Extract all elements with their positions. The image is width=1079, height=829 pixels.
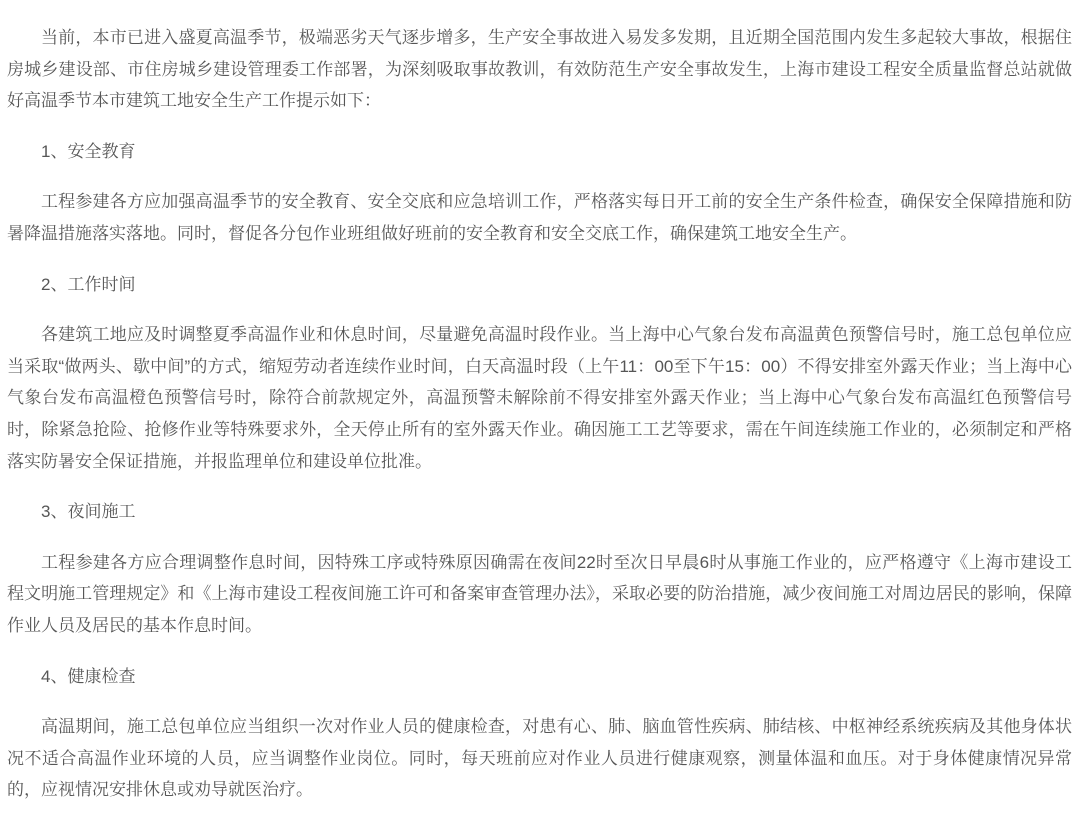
section-heading-health-check: 4、健康检查 <box>7 661 1072 693</box>
section-heading-safety-education: 1、安全教育 <box>7 136 1072 168</box>
document-page: 当前，本市已进入盛夏高温季节，极端恶劣天气逐步增多，生产安全事故进入易发多发期，… <box>0 0 1079 829</box>
section-paragraph-working-hours: 各建筑工地应及时调整夏季高温作业和休息时间，尽量避免高温时段作业。当上海中心气象… <box>7 319 1072 477</box>
section-paragraph-safety-education: 工程参建各方应加强高温季节的安全教育、安全交底和应急培训工作，严格落实每日开工前… <box>7 186 1072 249</box>
section-paragraph-night-construction: 工程参建各方应合理调整作息时间，因特殊工序或特殊原因确需在夜间22时至次日早晨6… <box>7 547 1072 642</box>
intro-paragraph: 当前，本市已进入盛夏高温季节，极端恶劣天气逐步增多，生产安全事故进入易发多发期，… <box>7 22 1072 117</box>
document-body: 当前，本市已进入盛夏高温季节，极端恶劣天气逐步增多，生产安全事故进入易发多发期，… <box>0 0 1079 806</box>
section-heading-night-construction: 3、夜间施工 <box>7 496 1072 528</box>
section-heading-working-hours: 2、工作时间 <box>7 269 1072 301</box>
section-paragraph-health-check: 高温期间，施工总包单位应当组织一次对作业人员的健康检查，对患有心、肺、脑血管性疾… <box>7 711 1072 806</box>
